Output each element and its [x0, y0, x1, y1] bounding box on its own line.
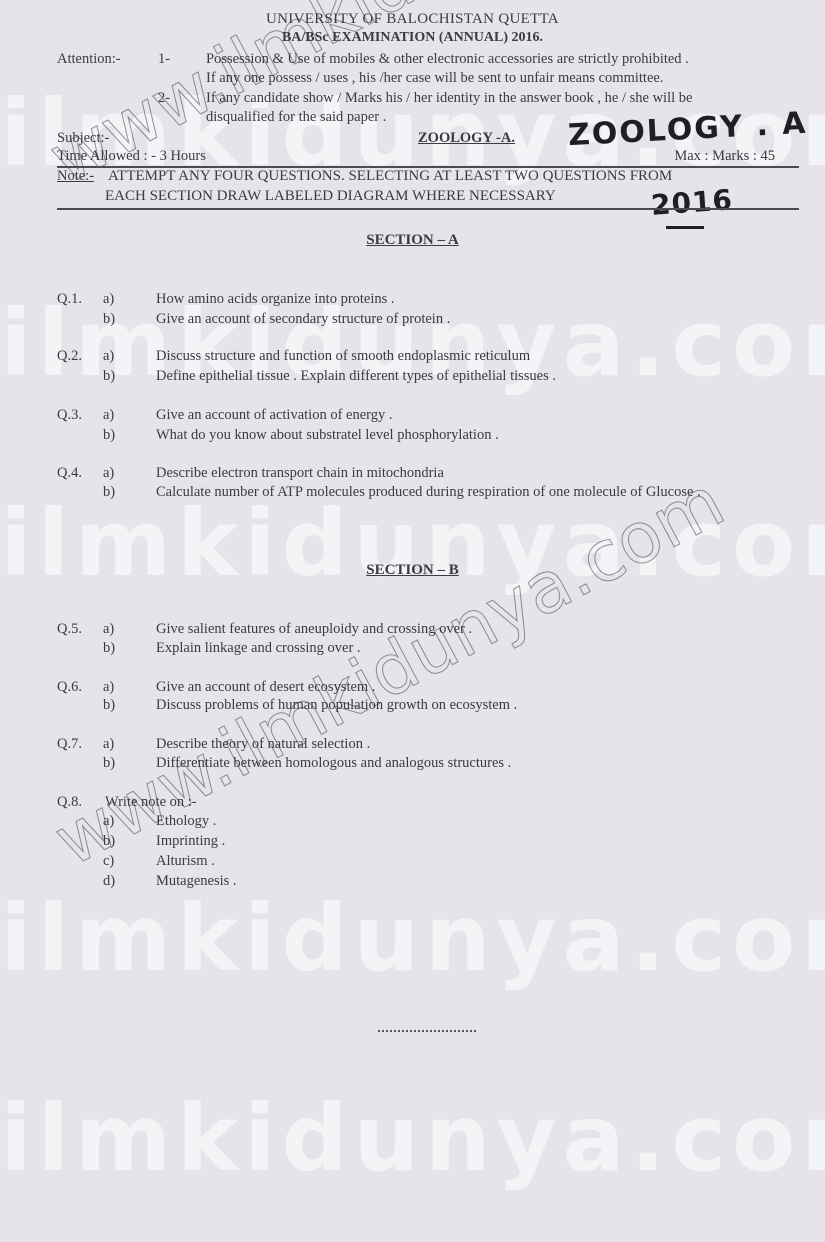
- part-letter: a): [103, 465, 114, 482]
- part-letter: a): [103, 291, 114, 308]
- question-text: Ethology .: [156, 813, 216, 830]
- part-letter: a): [103, 736, 114, 753]
- attention-line: Possession & Use of mobiles & other elec…: [206, 51, 689, 68]
- question-number: Q.6.: [57, 679, 82, 696]
- question-number: Q.5.: [57, 621, 82, 638]
- attention-line: If any one possess / uses , his /her cas…: [206, 70, 663, 87]
- question-text: Give salient features of aneuploidy and …: [156, 621, 472, 638]
- part-letter: b): [103, 640, 115, 657]
- watermark: ilmkidunya.com: [0, 885, 825, 992]
- part-letter: a): [103, 813, 114, 830]
- question-text: Give an account of desert ecosystem .: [156, 679, 375, 696]
- section-a-title: SECTION – A: [0, 232, 825, 249]
- part-letter: a): [103, 621, 114, 638]
- part-letter: b): [103, 697, 115, 714]
- subject-label: Subject:-: [57, 130, 109, 147]
- watermark: ilmkidunya.com: [0, 490, 825, 597]
- question-number: Q.4.: [57, 465, 82, 482]
- max-marks: Max : Marks : 45: [674, 148, 775, 165]
- note-line: ATTEMPT ANY FOUR QUESTIONS. SELECTING AT…: [108, 168, 672, 185]
- question-text: Differentiate between homologous and ana…: [156, 755, 511, 772]
- handwritten-mark: [666, 226, 704, 229]
- exam-title: BA/BSc EXAMINATION (ANNUAL) 2016.: [0, 30, 825, 46]
- question-text: Mutagenesis .: [156, 873, 237, 890]
- note-line: EACH SECTION DRAW LABELED DIAGRAM WHERE …: [105, 188, 556, 205]
- question-text: Give an account of activation of energy …: [156, 407, 392, 424]
- question-text: Define epithelial tissue . Explain diffe…: [156, 368, 556, 385]
- question-text: Discuss problems of human population gro…: [156, 697, 517, 714]
- question-number: Q.1.: [57, 291, 82, 308]
- handwritten-subject: ZOOLOGY . A: [567, 106, 808, 153]
- time-allowed: Time Allowed : - 3 Hours: [57, 148, 206, 165]
- question-text: Describe electron transport chain in mit…: [156, 465, 444, 482]
- question-text: Give an account of secondary structure o…: [156, 311, 450, 328]
- part-letter: b): [103, 368, 115, 385]
- handwritten-year: 2016: [650, 183, 734, 222]
- attention-label: Attention:-: [57, 51, 121, 68]
- part-letter: b): [103, 311, 115, 328]
- part-letter: c): [103, 853, 114, 870]
- part-letter: b): [103, 484, 115, 501]
- question-number: Q.8.: [57, 794, 82, 811]
- part-letter: b): [103, 427, 115, 444]
- section-b-title: SECTION – B: [0, 562, 825, 579]
- question-text: Describe theory of natural selection .: [156, 736, 370, 753]
- diagonal-watermark: www.ilmkidunya.com: [42, 460, 737, 882]
- part-letter: a): [103, 407, 114, 424]
- subject-value: ZOOLOGY -A.: [418, 130, 515, 147]
- question-number: Q.3.: [57, 407, 82, 424]
- part-letter: b): [103, 833, 115, 850]
- part-letter: b): [103, 755, 115, 772]
- question-text: What do you know about substratel level …: [156, 427, 499, 444]
- university-name: UNIVERSITY OF BALOCHISTAN QUETTA: [0, 11, 825, 28]
- question-text: Alturism .: [156, 853, 215, 870]
- attention-line: disqualified for the said paper .: [206, 109, 386, 126]
- question-text: How amino acids organize into proteins .: [156, 291, 395, 308]
- part-letter: d): [103, 873, 115, 890]
- part-letter: a): [103, 348, 114, 365]
- question-text: Discuss structure and function of smooth…: [156, 348, 530, 365]
- question-number: Q.2.: [57, 348, 82, 365]
- attention-line: If any candidate show / Marks his / her …: [206, 90, 692, 107]
- question-text: Calculate number of ATP molecules produc…: [156, 484, 701, 501]
- question-intro: Write note on :-: [105, 794, 197, 811]
- end-of-paper-marker: [378, 1030, 476, 1032]
- question-text: Imprinting .: [156, 833, 225, 850]
- exam-paper: ilmkidunya.com ilmkidunya.com ilmkidunya…: [0, 0, 825, 1242]
- divider: [57, 208, 799, 210]
- question-text: Explain linkage and crossing over .: [156, 640, 361, 657]
- attention-num-1: 1-: [158, 51, 170, 68]
- note-label: Note:-: [57, 168, 94, 185]
- question-number: Q.7.: [57, 736, 82, 753]
- part-letter: a): [103, 679, 114, 696]
- watermark: ilmkidunya.com: [0, 1085, 825, 1192]
- attention-num-2: 2-: [158, 90, 170, 107]
